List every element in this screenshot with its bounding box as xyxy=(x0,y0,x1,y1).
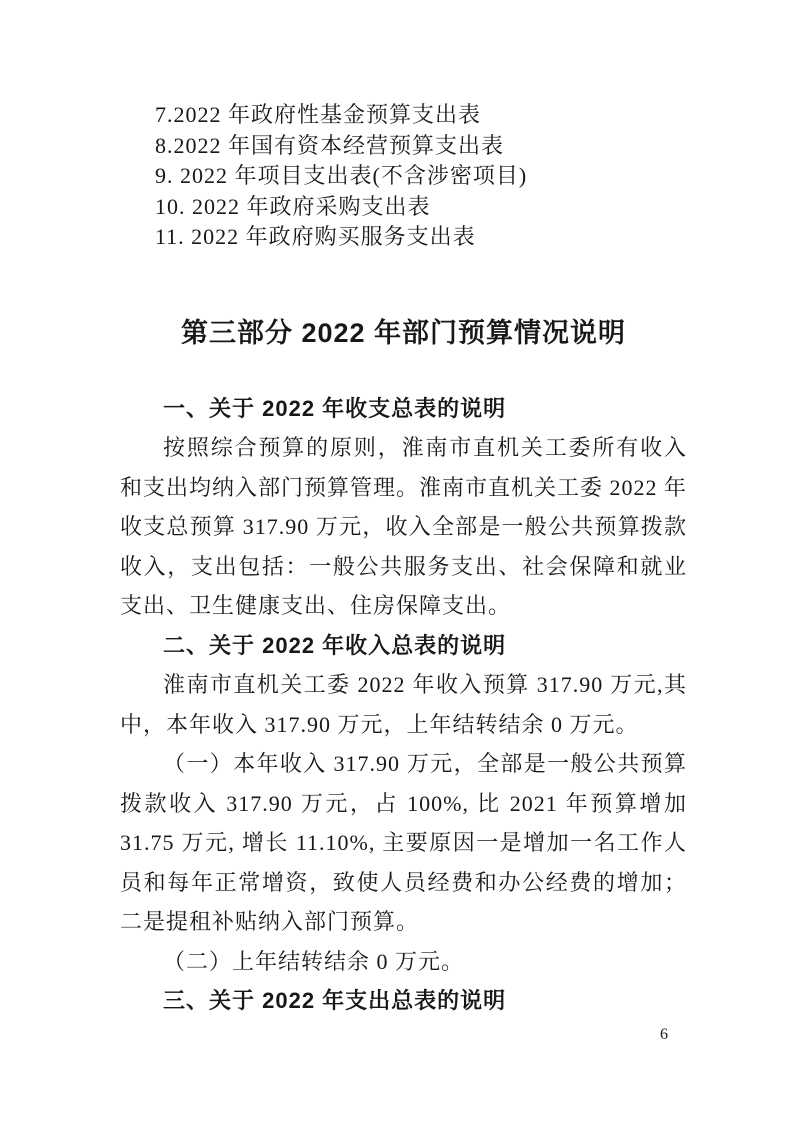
page-content: 7.2022 年政府性基金预算支出表 8.2022 年国有资本经营预算支出表 9… xyxy=(0,0,793,1021)
part-heading: 第三部分 2022 年部门预算情况说明 xyxy=(120,313,687,353)
page-number: 6 xyxy=(660,1026,668,1044)
paragraph: （一）本年收入 317.90 万元，全部是一般公共预算拨款收入 317.90 万… xyxy=(120,744,687,942)
attachment-list-item: 9. 2022 年项目支出表(不含涉密项目) xyxy=(120,161,687,192)
paragraph: 淮南市直机关工委 2022 年收入预算 317.90 万元,其中，本年收入 31… xyxy=(120,665,687,744)
attachment-table-list: 7.2022 年政府性基金预算支出表 8.2022 年国有资本经营预算支出表 9… xyxy=(120,100,687,253)
section-heading: 三、关于 2022 年支出总表的说明 xyxy=(120,981,687,1021)
attachment-list-item: 10. 2022 年政府采购支出表 xyxy=(120,192,687,223)
section-heading: 一、关于 2022 年收支总表的说明 xyxy=(120,389,687,429)
document-page: 7.2022 年政府性基金预算支出表 8.2022 年国有资本经营预算支出表 9… xyxy=(0,0,793,1122)
section-income-expenditure-summary: 一、关于 2022 年收支总表的说明 按照综合预算的原则，淮南市直机关工委所有收… xyxy=(120,389,687,626)
section-income-summary: 二、关于 2022 年收入总表的说明 淮南市直机关工委 2022 年收入预算 3… xyxy=(120,626,687,982)
attachment-list-item: 8.2022 年国有资本经营预算支出表 xyxy=(120,131,687,162)
attachment-list-item: 11. 2022 年政府购买服务支出表 xyxy=(120,222,687,253)
section-expenditure-summary: 三、关于 2022 年支出总表的说明 xyxy=(120,981,687,1021)
paragraph: 按照综合预算的原则，淮南市直机关工委所有收入和支出均纳入部门预算管理。淮南市直机… xyxy=(120,428,687,626)
section-heading: 二、关于 2022 年收入总表的说明 xyxy=(120,626,687,666)
attachment-list-item: 7.2022 年政府性基金预算支出表 xyxy=(120,100,687,131)
paragraph: （二）上年结转结余 0 万元。 xyxy=(120,942,687,982)
